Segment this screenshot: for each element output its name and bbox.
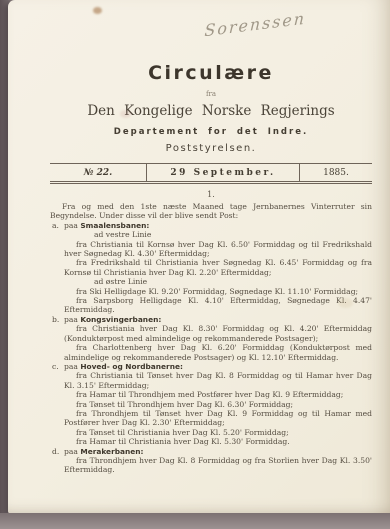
department-line: Departement for det Indre. xyxy=(50,127,372,137)
issuer-line: Den Kongelige Norske Regjerings xyxy=(50,103,372,119)
railway-name: Kongsvingerbanen: xyxy=(80,315,161,324)
schedule-entry: fra Christiania hver Dag Kl. 8.30' Formi… xyxy=(64,324,372,343)
scanned-circular-page: { "colors": { "paper": "#f3eee0", "ink":… xyxy=(0,0,390,529)
section-heading: b. paa Kongsvingerbanen: xyxy=(64,315,372,324)
schedule-entry: fra Charlottenberg hver Dag Kl. 6.20' Fo… xyxy=(64,343,372,362)
schedule-entry: fra Tønset til Christiania hver Dag Kl. … xyxy=(64,428,372,437)
section-label: a. xyxy=(52,221,59,230)
schedule-entry: fra Ski Helligdage Kl. 9.20' Formiddag, … xyxy=(64,287,372,296)
sub-line: ad østre Linie xyxy=(94,277,372,286)
schedule-entry: fra Hamar til Throndhjem med Postfører h… xyxy=(64,390,372,399)
section-label: d. xyxy=(52,447,59,456)
schedule-entry: fra Christiania til Tønset hver Dag Kl. … xyxy=(64,371,372,390)
schedule-entry: fra Throndhjem hver Dag Kl. 8 Formiddag … xyxy=(64,456,372,475)
title-fra-line: fra xyxy=(50,90,372,98)
section-heading: d. paa Merakerbanen: xyxy=(64,447,372,456)
section-heading: c. paa Hoved- og Nordbanerne: xyxy=(64,362,372,371)
section-label: b. xyxy=(52,315,59,324)
section-lead: paa xyxy=(64,315,78,324)
schedule-entry: fra Throndhjem til Tønset hver Dag Kl. 9… xyxy=(64,409,372,428)
sub-line: ad vestre Linie xyxy=(94,230,372,239)
schedule-entry: fra Sarpsborg Helligdage Kl. 4.10' Efter… xyxy=(64,296,372,315)
section-number: 1. xyxy=(50,190,372,199)
circular-number: № 22. xyxy=(50,164,147,181)
foxing-stain xyxy=(93,7,102,14)
schedule-entry: fra Christiania til Kornsø hver Dag Kl. … xyxy=(64,240,372,259)
body-text: Fra og med den 1ste næste Maaned tage Je… xyxy=(50,202,372,475)
handwritten-signature: Sorenssen xyxy=(204,3,354,41)
foxing-stain xyxy=(338,298,353,308)
foxing-stain xyxy=(120,110,131,118)
paper-sheet: Sorenssen Circulære fra Den Kongelige No… xyxy=(8,0,390,514)
schedule-entry: fra Hamar til Christiania hver Dag Kl. 5… xyxy=(64,437,372,446)
document-title: Circulære xyxy=(50,62,372,84)
section-hoved-og-nordbanerne: c. paa Hoved- og Nordbanerne: fra Christ… xyxy=(64,362,372,447)
circular-date: 29 September. xyxy=(147,164,299,181)
schedule-entry: fra Fredrikshald til Christiania hver Sø… xyxy=(64,258,372,277)
railway-name: Merakerbanen: xyxy=(80,447,143,456)
section-merakerbanen: d. paa Merakerbanen: fra Throndhjem hver… xyxy=(64,447,372,475)
section-lead: paa xyxy=(64,221,78,230)
section-kongsvingerbanen: b. paa Kongsvingerbanen: fra Christiania… xyxy=(64,315,372,362)
circular-year: 1885. xyxy=(299,164,372,181)
section-lead: paa xyxy=(64,447,78,456)
section-label: c. xyxy=(52,362,59,371)
schedule-entry: fra Tønset til Throndhjem hver Dag Kl. 6… xyxy=(64,400,372,409)
meta-table: № 22. 29 September. 1885. xyxy=(50,163,372,184)
railway-name: Smaalensbanen: xyxy=(80,221,149,230)
section-lead: paa xyxy=(64,362,78,371)
intro-paragraph: Fra og med den 1ste næste Maaned tage Je… xyxy=(50,202,372,221)
section-heading: a. paa Smaalensbanen: xyxy=(64,221,372,230)
office-line: Poststyrelsen. xyxy=(50,143,372,154)
railway-name: Hoved- og Nordbanerne: xyxy=(80,362,183,371)
section-smaalensbanen: a. paa Smaalensbanen: ad vestre Linie fr… xyxy=(64,221,372,315)
scan-background-edge xyxy=(0,513,390,529)
